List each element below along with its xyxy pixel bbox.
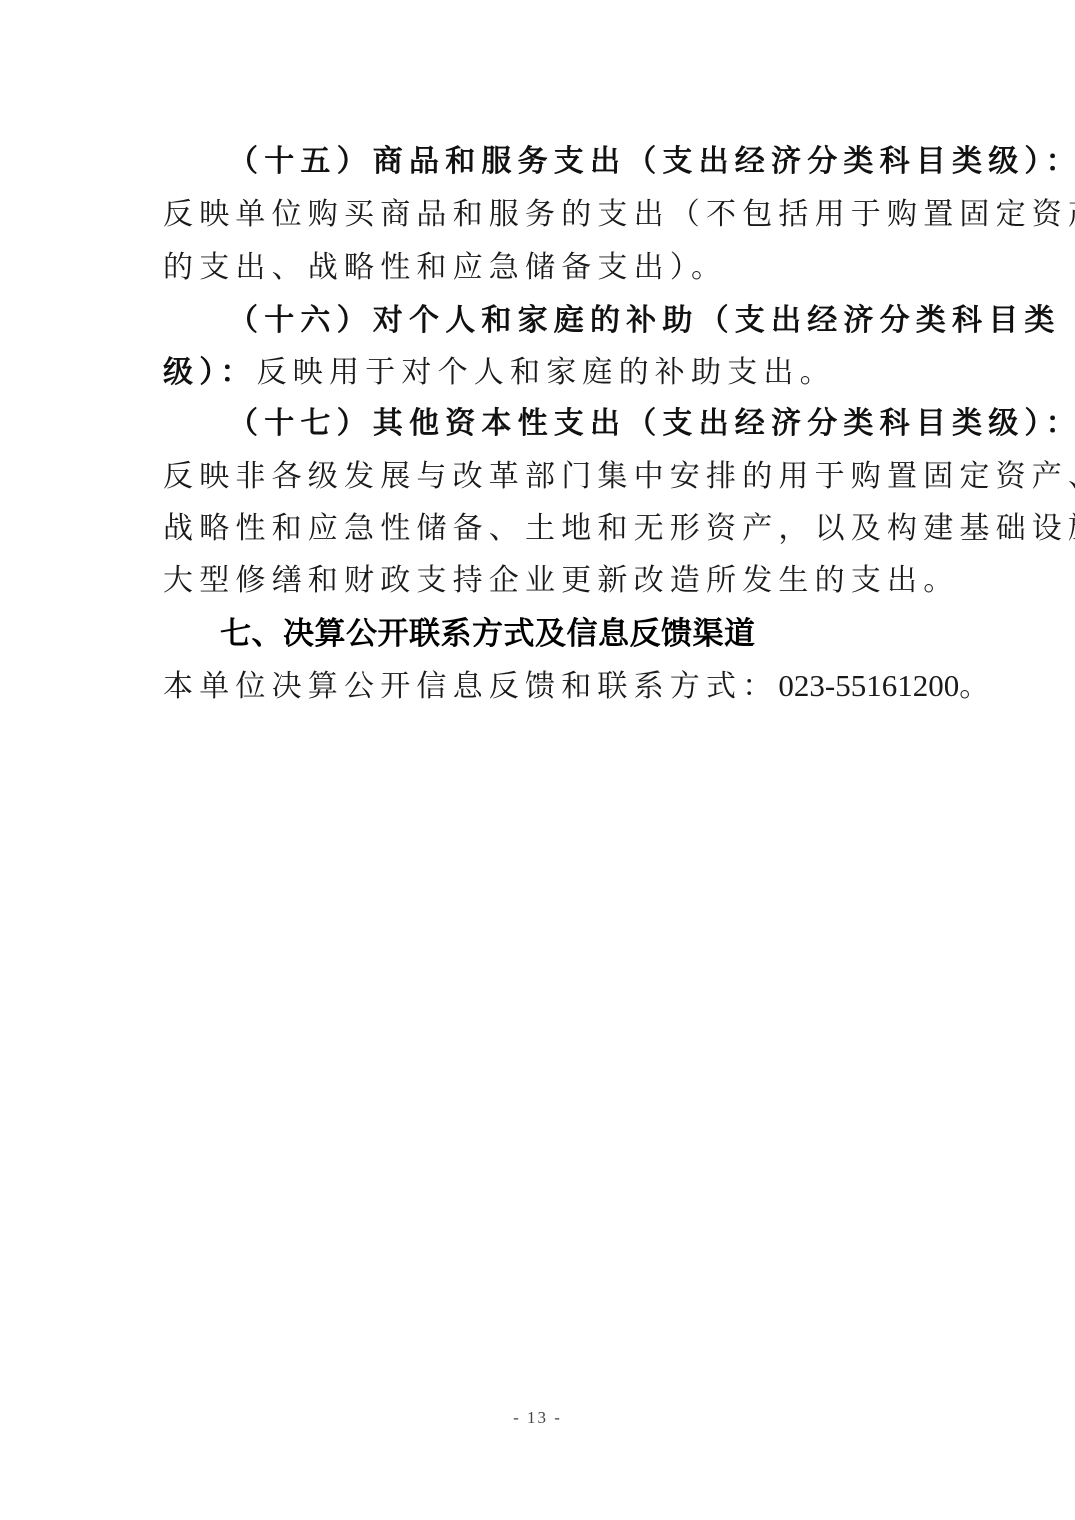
section-17-body-line-1: 反映非各级发展与改革部门集中安排的用于购置固定资产、: [163, 458, 1075, 496]
section-15-title: （十五）商品和服务支出（支出经济分类科目类级）：: [228, 143, 1075, 181]
contact-end: 。: [959, 669, 995, 704]
section-17-body-line-2: 战略性和应急性储备、土地和无形资产，以及构建基础设施、: [163, 510, 1075, 548]
section-15-body-line-2: 的支出、战略性和应急储备支出）。: [163, 249, 727, 287]
section-16-title: （十六）对个人和家庭的补助（支出经济分类科目类: [228, 302, 1061, 340]
section-17-body-line-3: 大型修缮和财政支持企业更新改造所发生的支出。: [163, 562, 959, 600]
section-16-title-end: 级）：: [163, 355, 257, 390]
contact-line: 本单位决算公开信息反馈和联系方式：023-55161200。: [163, 667, 995, 706]
contact-phone: 023-55161200: [778, 668, 959, 703]
page-number: - 13 -: [0, 1408, 1075, 1428]
section-16-body: 反映用于对个人和家庭的补助支出。: [257, 355, 836, 390]
section-16-line-2: 级）：反映用于对个人和家庭的补助支出。: [163, 354, 836, 392]
section-15-body-line-1: 反映单位购买商品和服务的支出（不包括用于购置固定资产: [163, 196, 1075, 234]
document-page: （十五）商品和服务支出（支出经济分类科目类级）： 反映单位购买商品和服务的支出（…: [0, 0, 1075, 1520]
section-17-title: （十七）其他资本性支出（支出经济分类科目类级）：: [228, 405, 1075, 443]
contact-label: 本单位决算公开信息反馈和联系方式：: [163, 669, 778, 704]
chapter-heading: 七、决算公开联系方式及信息反馈渠道: [220, 614, 756, 654]
